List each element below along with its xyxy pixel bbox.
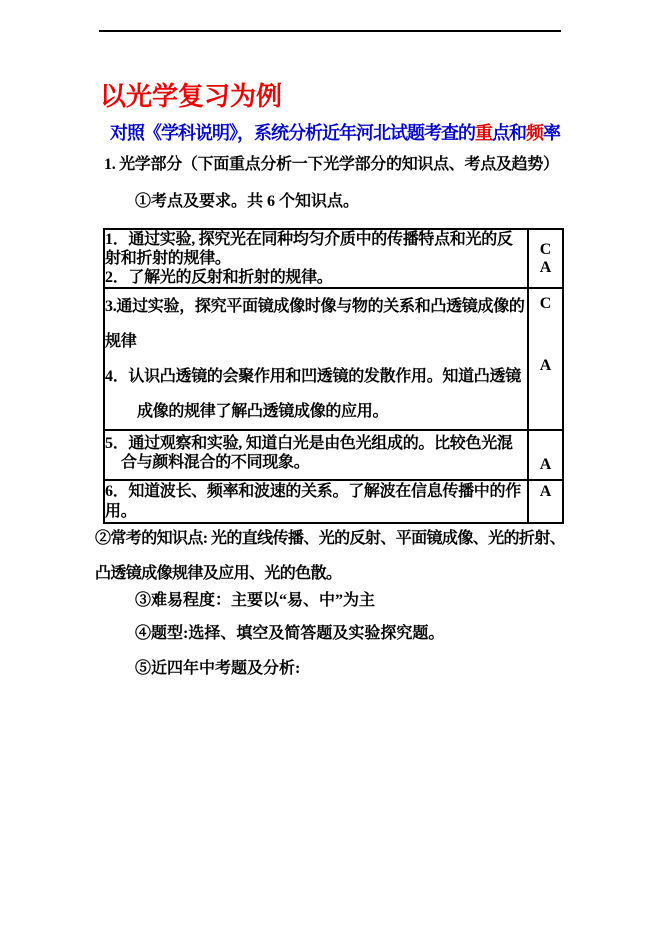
table-row: 5．通过观察和实验, 知道白光是由色光组成的。比较色光混合与颜料混合的不同现象。… [104,430,563,480]
table-row: 3.通过实验，探究平面镜成像时像与物的关系和凸透镜成像的规律 4．认识凸透镜的会… [104,288,563,430]
knowledge-point-cell: 3.通过实验，探究平面镜成像时像与物的关系和凸透镜成像的规律 4．认识凸透镜的会… [104,288,528,430]
knowledge-point-1: 1．通过实验, 探究光在同种均匀介质中的传播特点和光的反射和折射的规律。 [105,230,527,268]
knowledge-point-cell: 1．通过实验, 探究光在同种均匀介质中的传播特点和光的反射和折射的规律。 2．了… [104,229,528,288]
page-title: 以光学复习为例 [100,76,282,113]
grade-letter: C [529,295,562,313]
note-common-knowledge-points: ②常考的知识点: 光的直线传播、光的反射、平面镜成像、光的折射、凸透镜成像规律及… [95,521,573,591]
subsection-exam-points: ①考点及要求。共 6 个知识点。 [135,192,359,212]
grade-cell: A [528,430,563,480]
note-question-types: ④题型:选择、填空及简答题及实验探究题。 [135,624,444,644]
header-rule [99,30,561,32]
grade-letter: A [529,456,562,474]
grade-cell: C A [528,288,563,430]
grade-letter: A [529,259,562,277]
table-row: 1．通过实验, 探究光在同种均匀介质中的传播特点和光的反射和折射的规律。 2．了… [104,229,563,288]
document-page: 以光学复习为例 对照《学科说明》，系统分析近年河北试题考查的重点和频率 1. 光… [0,0,661,935]
knowledge-point-6: 6．知道波长、频率和波速的关系。了解波在信息传播中的作用。 [105,481,527,522]
knowledge-point-cell: 5．通过观察和实验, 知道白光是由色光组成的。比较色光混合与颜料混合的不同现象。 [104,430,528,480]
grade-cell: C A [528,229,563,288]
section-heading-optics: 1. 光学部分（下面重点分析一下光学部分的知识点、考点及趋势） [104,155,559,175]
knowledge-point-5: 5．通过观察和实验, 知道白光是由色光组成的。比较色光混合与颜料混合的不同现象。 [105,431,527,472]
knowledge-point-3: 3.通过实验，探究平面镜成像时像与物的关系和凸透镜成像的规律 [105,289,527,359]
grade-cell: A [528,480,563,523]
subtitle-segment-red: 频 [526,123,543,143]
grade-letter: A [529,357,562,375]
knowledge-points-table: 1．通过实验, 探究光在同种均匀介质中的传播特点和光的反射和折射的规律。 2．了… [103,228,564,524]
subtitle-segment: 率 [543,123,560,143]
subtitle-segment: 对照《学科说明》，系统分析近年河北试题考查的 [110,123,475,143]
note-difficulty-level: ③难易程度：主要以“易、中”为主 [135,591,375,611]
grade-letter: A [529,483,562,501]
knowledge-point-4: 4．认识凸透镜的会聚作用和凹透镜的发散作用。知道凸透镜成像的规律了解凸透镜成像的… [105,359,527,429]
subtitle: 对照《学科说明》，系统分析近年河北试题考查的重点和频率 [110,119,560,145]
grade-letter: C [529,241,562,259]
knowledge-point-2: 2．了解光的反射和折射的规律。 [105,268,527,287]
note-recent-exam-analysis: ⑤近四年中考题及分析: [135,659,300,679]
table-row: 6．知道波长、频率和波速的关系。了解波在信息传播中的作用。 A [104,480,563,523]
knowledge-point-cell: 6．知道波长、频率和波速的关系。了解波在信息传播中的作用。 [104,480,528,523]
subtitle-segment-red: 重 [475,123,492,143]
subtitle-segment: 点和 [492,123,526,143]
